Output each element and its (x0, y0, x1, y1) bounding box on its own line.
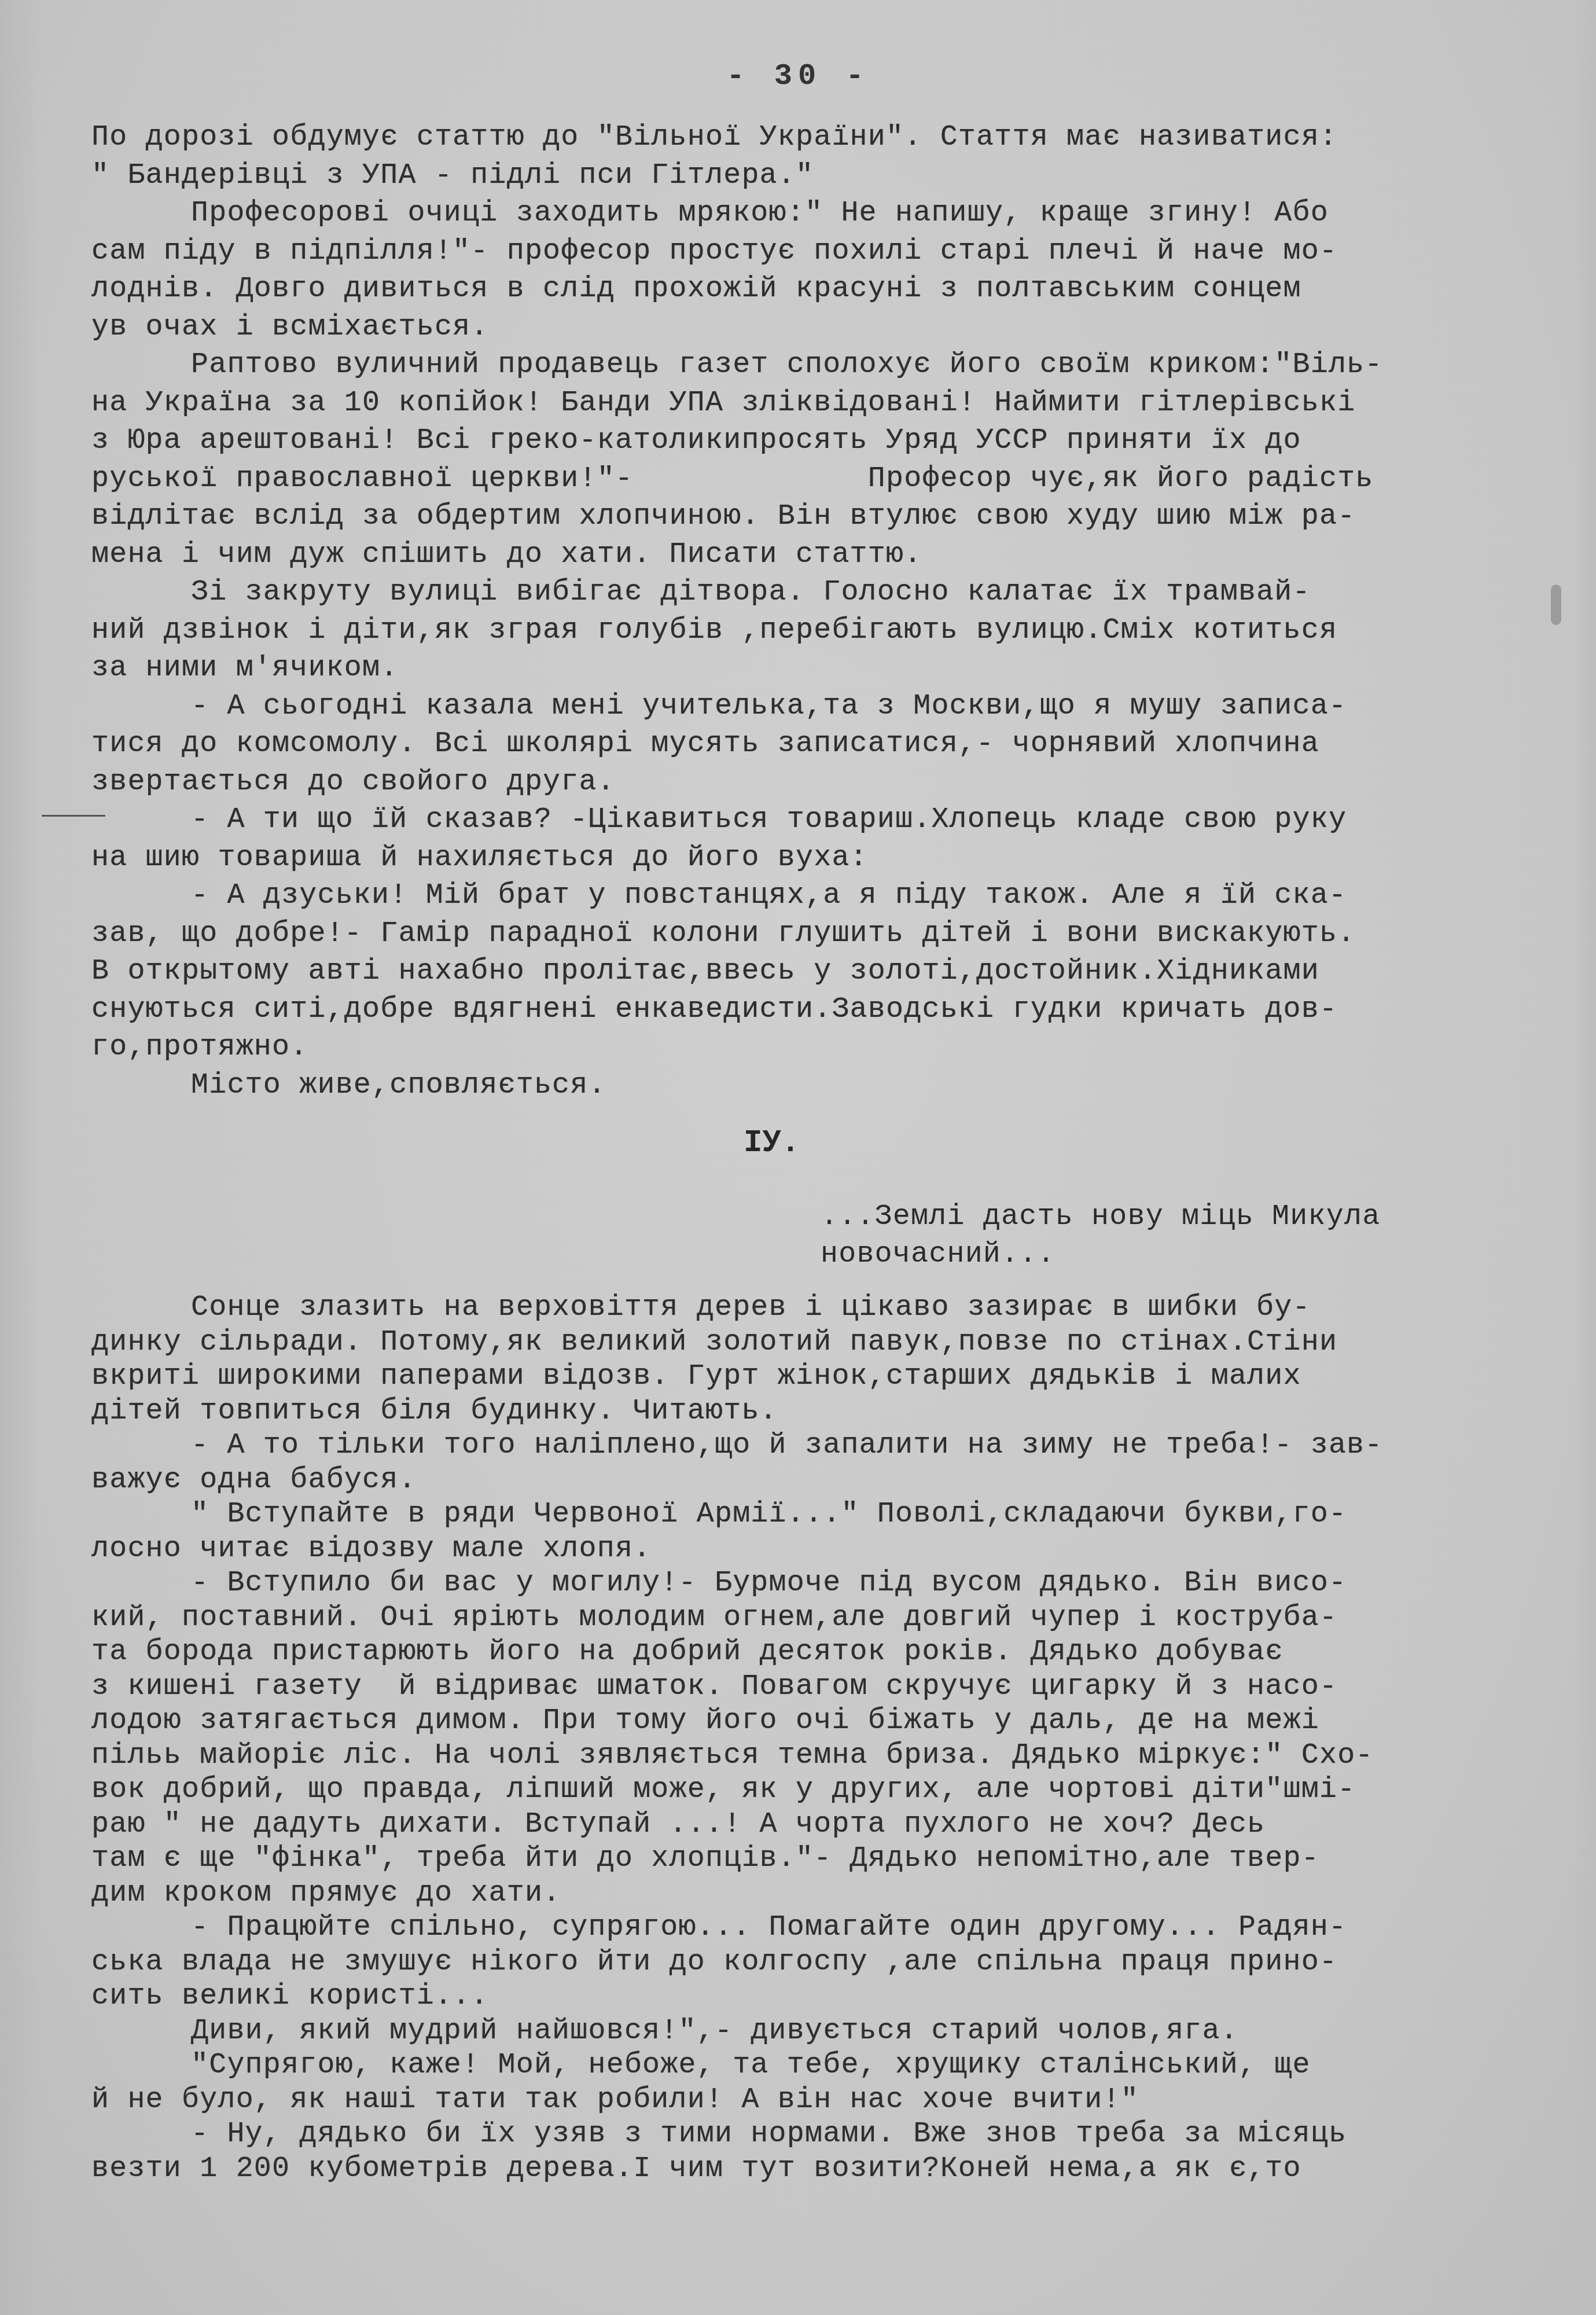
text-line: відлітає вслід за обдертим хлопчиною. Ві… (91, 498, 1521, 536)
text-block-part-one: По дорозі обдумує статтю до "Вільної Укр… (91, 119, 1521, 1104)
text-line: дітей товпиться біля будинку. Читають. (91, 1394, 1521, 1429)
epigraph: ...Землі дасть нову міць Микулановочасни… (821, 1198, 1380, 1273)
text-line: ська влада не змушує нікого йти до колго… (91, 1945, 1521, 1980)
text-line: Професорові очиці заходить мрякою:" Не н… (91, 194, 1521, 233)
text-line: зав, що добре!- Гамір парадної колони гл… (91, 915, 1521, 953)
text-line: Раптово вуличний продавець газет сполоху… (91, 346, 1521, 384)
text-line: руської православної церкви!"- Професор … (91, 460, 1521, 498)
text-line: та борода пристарюють його на добрий дес… (91, 1635, 1521, 1670)
text-line: - А ти що їй сказав? -Цікавиться товариш… (91, 801, 1521, 839)
paper-edge-shadow-right (1573, 0, 1596, 2315)
text-line: - А сьогодні казала мені учителька,та з … (91, 688, 1521, 726)
text-line: на Україна за 10 копійок! Банди УПА злік… (91, 384, 1521, 422)
text-line: на шию товариша й нахиляється до його ву… (91, 839, 1521, 877)
text-line: й не було, як наші тати так робили! А ві… (91, 2083, 1521, 2118)
text-line: звертається до свойого друга. (91, 763, 1521, 802)
text-line: лосно читає відозву мале хлопя. (91, 1532, 1521, 1567)
text-line: динку сільради. Потому,як великий золоти… (91, 1325, 1521, 1360)
text-line: Диви, який мудрий найшовся!",- дивується… (91, 2014, 1521, 2049)
text-line: Місто живе,сповляється. (91, 1067, 1521, 1105)
text-line: тися до комсомолу. Всі школярі мусять за… (91, 725, 1521, 763)
text-line: "Супрягою, каже! Мой, небоже, та тебе, х… (91, 2048, 1521, 2083)
text-line: лоднів. Довго дивиться в слід прохожій к… (91, 270, 1521, 308)
section-heading: IУ. (744, 1126, 800, 1161)
page-number: - 30 - (0, 59, 1596, 93)
text-line: сам піду в підпілля!"- професор простує … (91, 233, 1521, 271)
text-line: - Працюйте спільно, супрягою... Помагайт… (91, 1910, 1521, 1945)
text-line: - А то тільки того наліплено,що й запали… (91, 1428, 1521, 1463)
text-line: пільь майоріє ліс. На чолі зявляється те… (91, 1739, 1521, 1773)
text-line: мена і чим дуж спішить до хати. Писати с… (91, 536, 1521, 574)
text-line: за ними м'ячиком. (91, 649, 1521, 688)
text-line: лодою затягається димом. При тому його о… (91, 1704, 1521, 1739)
paper-edge-shadow-left (0, 0, 41, 2315)
epigraph-line: новочасний... (821, 1236, 1380, 1273)
text-line: - А дзуськи! Мій брат у повстанцях,а я п… (91, 877, 1521, 915)
text-line: ув очах і всміхається. (91, 308, 1521, 347)
text-line: го,протяжно. (91, 1028, 1521, 1067)
text-line: дим кроком прямує до хати. (91, 1876, 1521, 1911)
text-line: з кишені газету й відриває шматок. Поваг… (91, 1670, 1521, 1704)
text-line: - Ну, дядько би їх узяв з тими нормами. … (91, 2117, 1521, 2152)
text-line: Зі закруту вулиці вибігає дітвора. Голос… (91, 574, 1521, 612)
text-line: з Юра арештовані! Всі греко-католикипрос… (91, 422, 1521, 460)
text-line: там є ще "фінка", треба йти до хлопців."… (91, 1842, 1521, 1876)
text-line: " Бандерівці з УПА - підлі пси Гітлера." (91, 157, 1521, 195)
text-line: - Вступило би вас у могилу!- Бурмоче під… (91, 1566, 1521, 1601)
epigraph-line: ...Землі дасть нову міць Микула (821, 1198, 1380, 1236)
text-line: вок добрий, що правда, ліпший може, як у… (91, 1773, 1521, 1807)
text-line: везти 1 200 кубометрів дерева.І чим тут … (91, 2152, 1521, 2187)
text-line: важує одна бабуся. (91, 1463, 1521, 1498)
ink-stain (1551, 585, 1561, 625)
text-line: сить великі користі... (91, 1979, 1521, 2014)
text-line: ний дзвінок і діти,як зграя голубів ,пер… (91, 612, 1521, 650)
text-line: По дорозі обдумує статтю до "Вільної Укр… (91, 119, 1521, 157)
text-line: " Вступайте в ряди Червоної Армії..." По… (91, 1497, 1521, 1532)
text-line: кий, поставний. Очі яріють молодим огнем… (91, 1601, 1521, 1636)
text-line: раю " не дадуть дихати. Вступай ...! А ч… (91, 1807, 1521, 1842)
text-line: В открытому авті нахабно пролітає,ввесь … (91, 953, 1521, 991)
text-line: вкриті широкими паперами відозв. Гурт жі… (91, 1359, 1521, 1394)
text-line: Сонце злазить на верховіття дерев і ціка… (91, 1291, 1521, 1325)
text-line: снуються ситі,добре вдягнені енкаведисти… (91, 991, 1521, 1029)
text-block-part-two: Сонце злазить на верховіття дерев і ціка… (91, 1291, 1521, 2186)
